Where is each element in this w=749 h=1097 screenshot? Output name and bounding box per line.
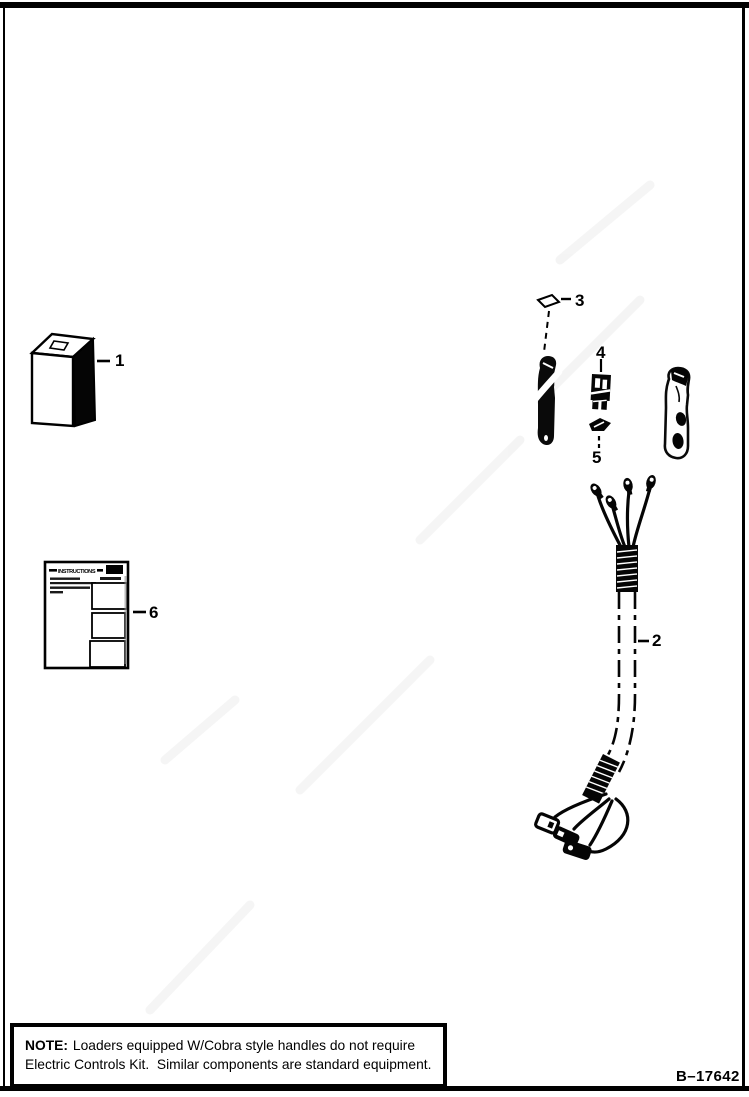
ring-terminal — [588, 481, 605, 500]
callout-2: 2 — [652, 632, 661, 649]
parts-diagram-artwork: INSTRUCTIONS — [0, 0, 749, 1097]
part-3-plate — [538, 295, 571, 352]
part-3-assembly-line — [544, 311, 549, 352]
callout-6: 6 — [149, 604, 158, 621]
callout-3: 3 — [575, 292, 584, 309]
note-prefix: NOTE: — [25, 1038, 68, 1053]
part-5-wedge — [589, 418, 611, 448]
part-4-switch — [590, 374, 611, 410]
part-1-control-box — [32, 334, 95, 426]
note-line2: Electric Controls Kit. Similar component… — [25, 1057, 431, 1072]
left-handle — [533, 356, 559, 445]
callout-5: 5 — [592, 449, 601, 466]
ring-terminal — [603, 493, 620, 512]
note-box: NOTE:Loaders equipped W/Cobra style hand… — [10, 1023, 447, 1088]
note-line1: Loaders equipped W/Cobra style handles d… — [73, 1038, 415, 1053]
callout-4: 4 — [596, 344, 605, 361]
sheet-corner-box — [106, 565, 123, 574]
sheet-figure-boxes — [90, 583, 127, 667]
part-2-wire-harness — [535, 474, 658, 861]
sheet-title: INSTRUCTIONS — [58, 569, 96, 575]
harness-tube — [605, 592, 635, 772]
parts-diagram-page: INSTRUCTIONS — [0, 0, 749, 1097]
tape-wrap-upper — [616, 545, 638, 592]
callout-1: 1 — [115, 352, 124, 369]
right-handle — [665, 368, 689, 459]
figure-number: B–17642 — [676, 1068, 740, 1085]
upper-wires — [598, 488, 650, 547]
part-6-instruction-sheet: INSTRUCTIONS — [45, 562, 128, 668]
